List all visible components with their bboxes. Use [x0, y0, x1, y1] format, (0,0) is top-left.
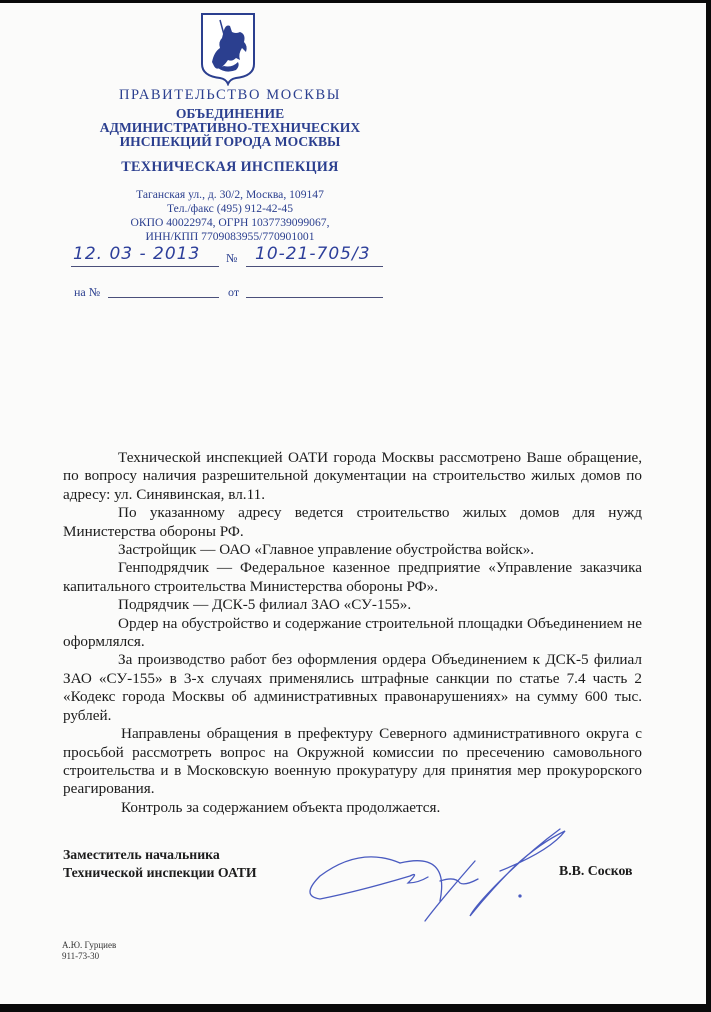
organization-line: ОБЪЕДИНЕНИЕ [60, 107, 400, 121]
executor-name: А.Ю. Гурциев [62, 940, 116, 951]
organization-line: ИНСПЕКЦИЙ ГОРОДА МОСКВЫ [60, 135, 400, 149]
signatory-title-line: Технической инспекции ОАТИ [63, 864, 257, 882]
paragraph: Направлены обращения в префектуру Северн… [63, 725, 642, 799]
signatory-title: Заместитель начальника Технической инспе… [63, 846, 257, 882]
address-line: Таганская ул., д. 30/2, Москва, 109147 [60, 188, 400, 202]
tax-codes-line: ИНН/КПП 7709083955/770901001 [60, 230, 400, 244]
paragraph: Технической инспекцией ОАТИ города Москв… [63, 449, 642, 504]
executor-info: А.Ю. Гурциев 911-73-30 [62, 940, 116, 962]
executor-phone: 911-73-30 [62, 951, 116, 962]
handwritten-date: 12. 03 - 2013 [73, 244, 200, 264]
paragraph: Застройщик — ОАО «Главное управление обу… [63, 541, 642, 559]
organization-line: АДМИНИСТРАТИВНО-ТЕХНИЧЕСКИХ [60, 121, 400, 135]
department-name: ТЕХНИЧЕСКАЯ ИНСПЕКЦИЯ [60, 159, 400, 176]
paragraph: Генподрядчик — Федеральное казенное пред… [63, 559, 642, 596]
registry-codes-line: ОКПО 40022974, ОГРН 1037739099067, [60, 216, 400, 230]
letter-body: Технической инспекцией ОАТИ города Москв… [63, 449, 642, 817]
signatory-title-line: Заместитель начальника [63, 846, 257, 864]
handwritten-outgoing-number: 10-21-705/3 [255, 244, 371, 264]
paragraph: За производство работ без оформления орд… [63, 651, 642, 725]
paragraph: Ордер на обустройство и содержание строи… [63, 615, 642, 652]
moscow-coat-of-arms-icon [200, 12, 256, 86]
signatory-name: В.В. Сосков [559, 863, 633, 879]
letter-page: ПРАВИТЕЛЬСТВО МОСКВЫ ОБЪЕДИНЕНИЕ АДМИНИС… [0, 3, 706, 1004]
date-underline [71, 265, 219, 267]
number-underline [246, 265, 383, 267]
paragraph: Контроль за содержанием объекта продолжа… [63, 799, 642, 817]
from-field [246, 297, 383, 298]
handwritten-signature-icon [300, 821, 590, 941]
reply-to-field [108, 297, 219, 298]
government-name: ПРАВИТЕЛЬСТВО МОСКВЫ [60, 87, 400, 104]
reply-to-label: на № [74, 285, 100, 300]
paragraph: Подрядчик — ДСК-5 филиал ЗАО «СУ-155». [63, 596, 642, 614]
paragraph: По указанному адресу ведется строительст… [63, 504, 642, 541]
phone-line: Тел./факс (495) 912-42-45 [60, 202, 400, 216]
number-label: № [226, 251, 237, 266]
from-label: от [228, 285, 239, 300]
